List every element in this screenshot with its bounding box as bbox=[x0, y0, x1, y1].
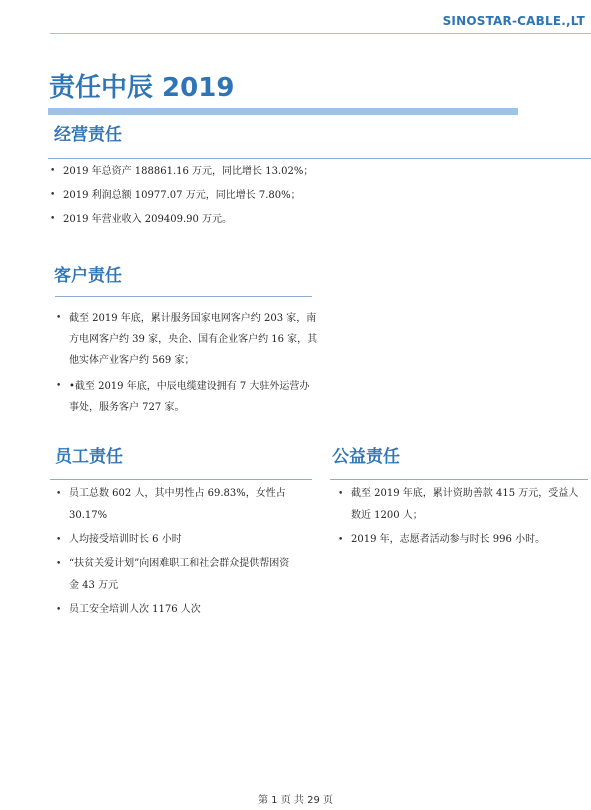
section-title-public: 公益责任 bbox=[332, 446, 400, 468]
section-divider-customer bbox=[55, 296, 312, 297]
title-underline-bar bbox=[48, 108, 518, 115]
list-item: •截至 2019 年底，中辰电缆建设拥有 7 大驻外运营办事处，服务客户 727… bbox=[56, 376, 318, 418]
list-item: 人均接受培训时长 6 小时 bbox=[56, 529, 296, 551]
list-item: 2019 年营业收入 209409.90 万元。 bbox=[50, 210, 570, 229]
list-item: 2019 利润总额 10977.07 万元，同比增长 7.80%； bbox=[50, 186, 570, 205]
company-brand: SINOSTAR-CABLE.,LT bbox=[443, 14, 585, 28]
employee-list: 员工总数 602 人，其中男性占 69.83%，女性占 30.17% 人均接受培… bbox=[56, 483, 296, 626]
list-item: 员工总数 602 人，其中男性占 69.83%，女性占 30.17% bbox=[56, 483, 296, 527]
customer-list: 截至 2019 年底，累计服务国家电网客户约 203 家，南方电网客户约 39 … bbox=[56, 308, 318, 423]
header-divider bbox=[50, 33, 591, 34]
section-divider-business bbox=[48, 158, 591, 159]
business-list: 2019 年总资产 188861.16 万元，同比增长 13.02%； 2019… bbox=[50, 162, 570, 234]
section-divider-employee bbox=[50, 479, 312, 480]
list-item: “扶贫关爱计划”向困难职工和社会群众提供帮困资金 43 万元 bbox=[56, 553, 296, 597]
list-item: 截至 2019 年底，累计资助善款 415 万元，受益人数近 1200 人； bbox=[338, 483, 586, 527]
list-item: 2019 年，志愿者活动参与时长 996 小时。 bbox=[338, 529, 586, 551]
section-title-customer: 客户责任 bbox=[54, 265, 122, 287]
section-title-business: 经营责任 bbox=[54, 124, 122, 146]
list-item: 2019 年总资产 188861.16 万元，同比增长 13.02%； bbox=[50, 162, 570, 181]
page-title: 责任中辰 2019 bbox=[49, 71, 234, 105]
list-item: 截至 2019 年底，累计服务国家电网客户约 203 家，南方电网客户约 39 … bbox=[56, 308, 318, 371]
page-number: 第 1 页 共 29 页 bbox=[0, 791, 591, 806]
section-divider-public bbox=[330, 479, 588, 480]
section-title-employee: 员工责任 bbox=[55, 446, 123, 468]
list-item: 员工安全培训人次 1176 人次 bbox=[56, 599, 296, 621]
public-list: 截至 2019 年底，累计资助善款 415 万元，受益人数近 1200 人； 2… bbox=[338, 483, 586, 556]
